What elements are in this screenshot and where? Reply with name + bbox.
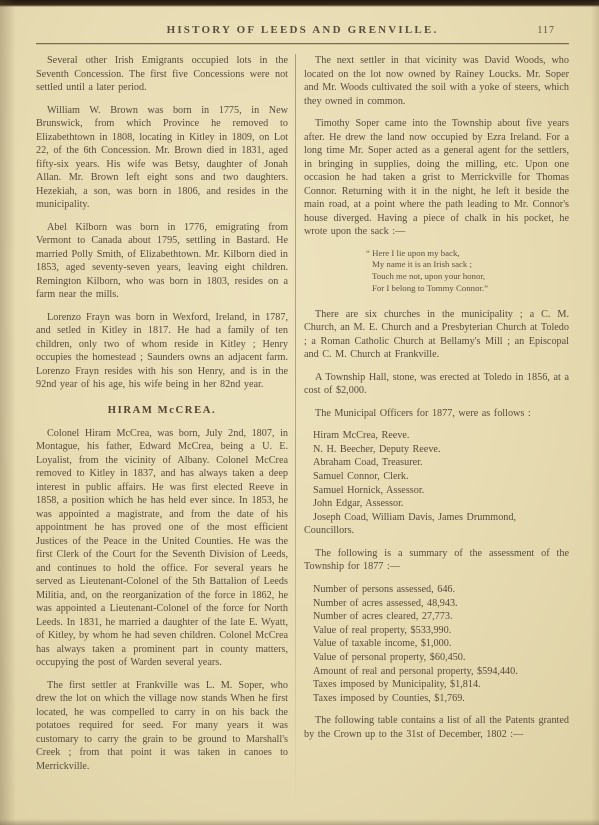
paragraph: Timothy Soper came into the Township abo… — [304, 117, 569, 239]
assessment-item: Value of personal property, $60,450. — [304, 651, 569, 665]
paragraph: The following table contains a list of a… — [304, 714, 569, 741]
officer-item: N. H. Beecher, Deputy Reeve. — [304, 443, 569, 457]
paragraph: Several other Irish Emigrants occupied l… — [36, 54, 288, 95]
assessment-item: Amount of real and personal property, $5… — [304, 665, 569, 679]
verse-quotation: “ Here I lie upon my back, My name it is… — [366, 248, 569, 295]
scan-left-edge — [0, 0, 16, 825]
officer-item: Samuel Hornick, Assessor. — [304, 484, 569, 498]
assessment-item: Number of acres cleared, 27,773. — [304, 610, 569, 624]
officer-item: Hiram McCrea, Reeve. — [304, 429, 569, 443]
assessment-item: Number of persons assessed, 646. — [304, 583, 569, 597]
running-header: HISTORY OF LEEDS AND GRENVILLE. 117 — [36, 24, 569, 39]
scan-bottom-edge — [0, 819, 599, 825]
assessment-summary-list: Number of persons assessed, 646. Number … — [304, 583, 569, 705]
page-content: HISTORY OF LEEDS AND GRENVILLE. 117 Seve… — [36, 24, 569, 804]
page-title: HISTORY OF LEEDS AND GRENVILLE. — [36, 24, 569, 36]
scan-right-edge — [591, 0, 599, 825]
assessment-item: Value of real property, $533,990. — [304, 624, 569, 638]
paragraph: Abel Kilborn was born in 1776, emigratin… — [36, 221, 288, 302]
left-column: Several other Irish Emigrants occupied l… — [36, 54, 288, 804]
scan-top-edge — [0, 0, 599, 7]
paragraph: The next settler in that vicinity was Da… — [304, 54, 569, 108]
section-heading: HIRAM McCREA. — [36, 405, 288, 416]
paragraph: A Township Hall, stone, was erected at T… — [304, 371, 569, 398]
officer-item: Abraham Coad, Treasurer. — [304, 456, 569, 470]
paragraph: Lorenzo Frayn was born in Wexford, Irela… — [36, 311, 288, 392]
paragraph: There are six churches in the municipali… — [304, 308, 569, 362]
assessment-item: Value of taxable income, $1,000. — [304, 637, 569, 651]
assessment-item: Taxes imposed by Municipality, $1,814. — [304, 678, 569, 692]
verse-line: My name it is an Irish sack ; — [366, 259, 569, 271]
officer-item: Joseph Coad, William Davis, James Drummo… — [304, 511, 569, 538]
verse-line: For I belong to Tommy Connor.” — [366, 283, 569, 295]
assessment-item: Taxes imposed by Counties, $1,769. — [304, 692, 569, 706]
municipal-officers-list: Hiram McCrea, Reeve. N. H. Beecher, Depu… — [304, 429, 569, 538]
officer-item: John Edgar, Assessor. — [304, 497, 569, 511]
paragraph: The first settler at Frankville was L. M… — [36, 679, 288, 774]
paragraph: The Municipal Officers for 1877, were as… — [304, 407, 569, 421]
right-column: The next settler in that vicinity was Da… — [304, 54, 569, 804]
paragraph: The following is a summary of the assess… — [304, 547, 569, 574]
page-number: 117 — [537, 25, 555, 36]
book-page: HISTORY OF LEEDS AND GRENVILLE. 117 Seve… — [0, 0, 599, 825]
column-divider-rule — [295, 54, 296, 804]
header-rule — [36, 43, 569, 44]
assessment-item: Number of acres assessed, 48,943. — [304, 597, 569, 611]
two-column-text: Several other Irish Emigrants occupied l… — [36, 54, 569, 804]
paragraph: Colonel Hiram McCrea, was born, July 2nd… — [36, 427, 288, 670]
verse-line: “ Here I lie upon my back, — [366, 248, 569, 260]
officer-item: Samuel Connor, Clerk. — [304, 470, 569, 484]
paragraph: William W. Brown was born in 1775, in Ne… — [36, 104, 288, 212]
verse-line: Touch me not, upon your honor, — [366, 271, 569, 283]
